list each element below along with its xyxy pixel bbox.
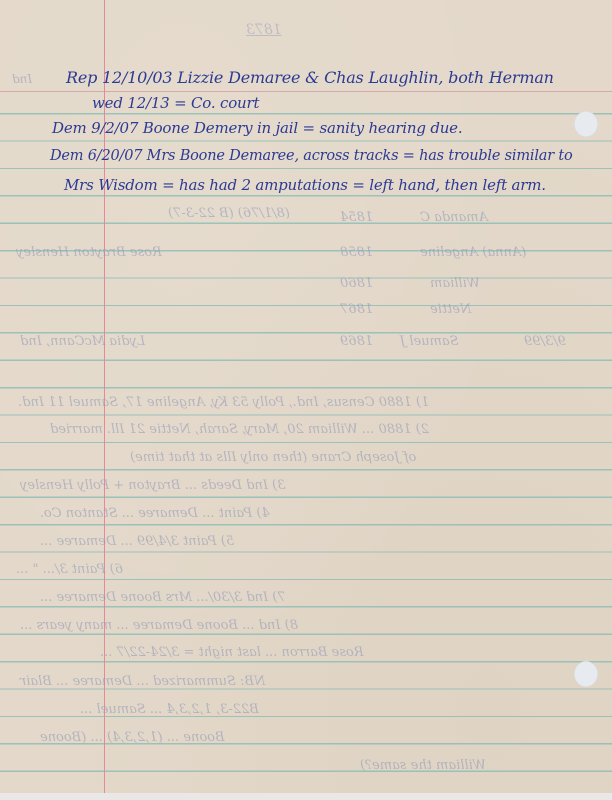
bleed-note: 5) Paint 3/4/99 ... Demaree ...: [40, 534, 234, 549]
bleed-note: NB: Summarized ... Demaree ... Blair: [20, 674, 265, 689]
bleed-roster-age: 1867: [340, 302, 373, 317]
bleed-year: 1873: [246, 22, 282, 38]
bleed-note: 2) 1880 ... William 20, Mary, Sarah, Net…: [50, 422, 429, 437]
bleed-roster-age: 1869: [340, 334, 373, 349]
bleed-note: 7) Ind 3/30/... Mrs Boone Demaree ...: [40, 590, 286, 605]
bleed-roster-age: 1858: [340, 245, 373, 260]
bleed-roster-detail: Rose Brayton Hensley: [16, 245, 162, 260]
bleed-note: Boone ... (1,2,3,4) ... (Boone: [40, 730, 225, 745]
bleed-note: 3) Ind Deeds ... Brayton + Polly Hensley: [20, 478, 285, 493]
bleed-note: 6) Paint 3/... " ...: [16, 562, 123, 577]
punch-hole-top: [574, 111, 598, 137]
header-rule-line: [0, 91, 612, 92]
bleed-note: 1) 1880 Census, Ind., Polly 53 Ky, Angel…: [18, 395, 429, 410]
bleed-roster-detail: (8/1/76) (B 22-3-7): [168, 206, 290, 221]
notebook-page: 1873 Ind Amanda C (8/1/76) (B 22-3-7) 18…: [0, 0, 612, 793]
bleed-roster-age: 1860: [340, 276, 373, 291]
handwritten-line-5: Mrs Wisdom = has had 2 amputations = lef…: [64, 176, 546, 194]
bleed-note: of Joseph Crane (then only Ills at that …: [130, 450, 416, 465]
bleed-roster-name: William: [430, 276, 480, 291]
bleed-roster-age: 1854: [340, 210, 373, 225]
bleed-note: B22-3, 1,2,3,4 ... Samuel ...: [80, 702, 259, 717]
punch-hole-bottom: [574, 661, 598, 687]
handwritten-line-4: Dem 6/20/07 Mrs Boone Demaree, across tr…: [50, 148, 573, 164]
scanner-edge: [0, 793, 612, 800]
bleed-note: Rose Barron ... last night = 3/24-22/7 .…: [100, 645, 364, 660]
bleed-margin-note: Ind: [12, 72, 32, 86]
bleed-note: 8) Ind ... Boone Demaree ... many years …: [20, 618, 298, 633]
bleed-roster-name: Samuel J: [400, 334, 459, 349]
bleed-roster-name: (Anna) Angeline: [420, 245, 526, 260]
bleed-roster-date: 9/3/99: [524, 334, 566, 349]
handwritten-line-1: Rep 12/10/03 Lizzie Demaree & Chas Laugh…: [66, 68, 554, 87]
bleed-note: 4) Paint ... Demaree ... Stanton Co.: [40, 506, 270, 521]
bleed-roster-detail: Lydia McCann, Ind: [20, 334, 145, 349]
handwritten-line-2: wed 12/13 = Co. court: [92, 94, 259, 112]
bleed-roster-name: Amanda C: [420, 210, 488, 225]
handwritten-line-3: Dem 9/2/07 Boone Demery in jail = sanity…: [52, 119, 462, 137]
bleed-roster-name: Nettie: [430, 302, 471, 317]
bleed-note: William the same?): [360, 758, 486, 773]
